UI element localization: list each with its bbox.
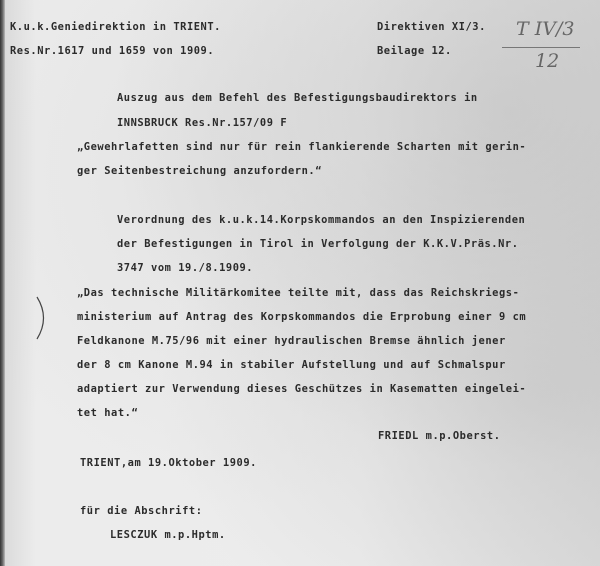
excerpt-intro-line: Auszug aus dem Befehl des Befestigungsba…: [117, 92, 478, 104]
reference-numbers: Res.Nr.1617 und 1659 von 1909.: [10, 45, 214, 57]
excerpt-quote-line: „Gewehrlafetten sind nur für rein flanki…: [77, 141, 526, 153]
issuing-office: K.u.k.Geniedirektion in TRIENT.: [10, 21, 221, 33]
margin-bracket-mark: [36, 296, 50, 340]
ordinance-quote-line: ministerium auf Antrag des Korpskommando…: [77, 311, 526, 323]
place-and-date: TRIENT,am 19.Oktober 1909.: [80, 457, 257, 469]
ordinance-quote-line: der 8 cm Kanone M.94 in stabiler Aufstel…: [77, 359, 506, 371]
ordinance-quote-line: Feldkanone M.75/96 mit einer hydraulisch…: [77, 335, 506, 347]
ordinance-quote-line: adaptiert zur Verwendung dieses Geschütz…: [77, 383, 526, 395]
copy-label: für die Abschrift:: [80, 505, 203, 517]
page-edge-shadow: [0, 0, 5, 566]
excerpt-intro-line: INNSBRUCK Res.Nr.157/09 F: [117, 117, 287, 129]
ordinance-intro-line: Verordnung des k.u.k.14.Korpskommandos a…: [117, 214, 525, 226]
ordinance-intro-line: 3747 vom 19./8.1909.: [117, 262, 253, 274]
directive-number: Direktiven XI/3.: [377, 21, 486, 33]
copy-signer-name: LESCZUK m.p.Hptm.: [110, 529, 226, 541]
ordinance-quote-line: tet hat.“: [77, 407, 138, 419]
excerpt-quote-line: ger Seitenbestreichung anzufordern.“: [77, 165, 322, 177]
signer-name: FRIEDL m.p.Oberst.: [378, 430, 501, 442]
handwritten-fraction-rule: [502, 47, 580, 48]
attachment-number: Beilage 12.: [377, 45, 452, 57]
document-page: K.u.k.Geniedirektion in TRIENT. Res.Nr.1…: [0, 0, 600, 566]
handwritten-denominator: 12: [535, 50, 559, 72]
handwritten-numerator: T IV/3: [516, 18, 574, 40]
ordinance-quote-line: „Das technische Militärkomitee teilte mi…: [77, 287, 519, 299]
ordinance-intro-line: der Befestigungen in Tirol in Verfolgung…: [117, 238, 519, 250]
